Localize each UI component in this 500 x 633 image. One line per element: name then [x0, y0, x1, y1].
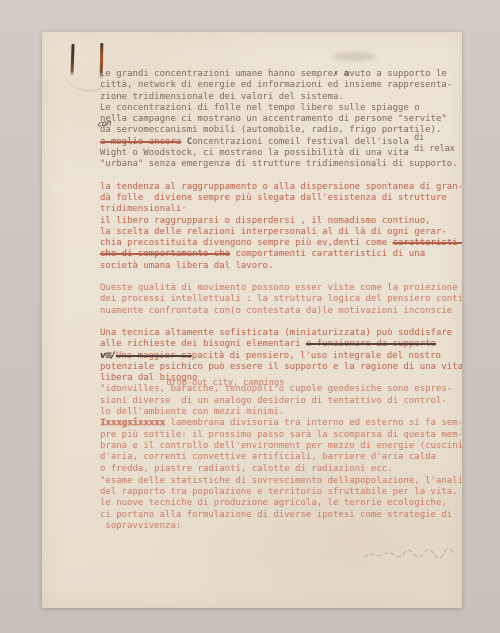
text-segment: comportamenti caratteristici di una: [230, 249, 425, 259]
text-segment: "esame delle statistiche di sovresciment…: [100, 476, 462, 486]
text-segment: o fredda, piastre radianti, calotte di r…: [100, 464, 393, 474]
text-line: nella campagne ci mostrano un accentrame…: [100, 114, 462, 125]
text-segment: di relax: [409, 144, 455, 154]
text-segment: dà folle diviene sempre più slegata dall…: [100, 193, 447, 203]
struck-through-text: e funzionare da supporto: [306, 339, 436, 349]
text-segment: "urbana" senza emergenza di strutture tr…: [100, 159, 458, 169]
text-line: sopravvivenza:: [100, 521, 462, 532]
text-segment: zione tridimensionale dei valori del sis…: [100, 92, 344, 102]
text-line: dà folle diviene sempre più slegata dall…: [100, 193, 462, 204]
text-segment: brana e il controllo dell'environment pe…: [100, 441, 462, 451]
text-line: drop-out city, campings"idonvilles, bara…: [100, 384, 462, 395]
text-segment: le nuove tecniche di produzione agricola…: [100, 498, 447, 508]
text-segment: alle richieste dei bisogni elementari: [100, 339, 306, 349]
handwritten-annotation: con: [97, 118, 112, 130]
text-line: la scelta delle relazioni interpersonali…: [100, 227, 462, 238]
struck-through-text: caratteristi-: [393, 238, 462, 248]
text-segment: lamembrana divisoria tra interno ed este…: [165, 418, 462, 428]
text-line: ci portano alla formulazione di diverse …: [100, 510, 462, 521]
text-line: d'aria, correnti convettive artificiali,…: [100, 452, 462, 463]
text-segment: Le concentrazioni di folle nel tempo lib…: [100, 103, 420, 113]
text-segment: la tendenza al raggruppamento o alla dis…: [100, 182, 462, 192]
text-line: città, network di energie ed informazion…: [100, 80, 462, 91]
text-line: società umana libera dal lavoro.: [100, 261, 462, 272]
text-segment: da servomeccanismi mobili (automobile, r…: [100, 125, 441, 135]
text-segment: oncentrazioni comeil festival dell'isola: [192, 137, 409, 147]
text-segment: città, network di energie ed informazion…: [100, 80, 452, 90]
struck-through-text: a meglio ancora: [100, 137, 181, 147]
text-line: conda servomeccanismi mobili (automobile…: [100, 125, 462, 136]
text-line: zione tridimensionale dei valori del sis…: [100, 92, 462, 103]
text-segment: nuamente confrontata con(o contestata da…: [100, 306, 452, 316]
text-line: v≡/ Una maggior capacità di pensiero, l'…: [100, 351, 462, 362]
text-segment: Queste qualità di movimento possono esse…: [100, 283, 458, 293]
text-segment: vuto a supporto le: [349, 69, 447, 79]
text-segment: sopravvivenza:: [100, 521, 181, 531]
text-line: sioni diverse di un analogo desiderio di…: [100, 396, 462, 407]
typed-insertion-above: drop-out city, campings: [167, 378, 285, 389]
text-segment: pacità di pensiero, l'uso integrale del …: [192, 351, 441, 361]
text-line: la tendenza al raggruppamento o alla dis…: [100, 182, 462, 193]
text-segment: società umana libera dal lavoro.: [100, 261, 273, 271]
text-segment: ✗ a: [333, 69, 349, 79]
text-segment: le grandi concentrazioni umane hanno sem…: [100, 69, 333, 79]
paper-sheet: le grandi concentrazioni umane hanno sem…: [42, 32, 462, 608]
text-line: lo dell'ambiente con mezzi minimi.: [100, 407, 462, 418]
text-line: Le concentrazioni di folle nel tempo lib…: [100, 103, 462, 114]
paragraph-2: la tendenza al raggruppamento o alla dis…: [100, 182, 462, 272]
text-line: le grandi concentrazioni umane hanno sem…: [100, 69, 462, 80]
text-line: Una tecnica altamente sofisticata (minia…: [100, 328, 462, 339]
text-segment: ci portano alla formulazione di diverse …: [100, 510, 452, 520]
text-line: le nuove tecniche di produzione agricola…: [100, 498, 462, 509]
pencil-squiggle: [362, 548, 462, 564]
text-segment: dei processi intellettuali : la struttur…: [100, 294, 462, 304]
text-line: il libero raggrupparsi o disperdersi , i…: [100, 216, 462, 227]
faint-smudge: [332, 52, 376, 61]
text-segment: Wight o Woodstock, ci mostrano la possib…: [100, 148, 409, 158]
text-line: brana e il controllo dell'environment pe…: [100, 441, 462, 452]
struck-through-text: che di comportamento che: [100, 249, 230, 259]
text-segment: Una tecnica altamente sofisticata (minia…: [100, 328, 452, 338]
text-segment: d'aria, correnti convettive artificiali,…: [100, 452, 436, 462]
text-segment: nella campagne ci mostrano un accentrame…: [100, 114, 447, 124]
text-segment: del rapporto tra popolazione e territori…: [100, 487, 458, 497]
paragraph-4: Una tecnica altamente sofisticata (minia…: [100, 328, 462, 384]
text-line: a meglio ancora Concentrazioni comeil fe…: [100, 137, 462, 148]
paragraph-1: le grandi concentrazioni umane hanno sem…: [100, 69, 462, 171]
text-line: "urbana" senza emergenza di strutture tr…: [100, 159, 462, 170]
paragraph-5: drop-out city, campings"idonvilles, bara…: [100, 384, 462, 474]
text-line: nuamente confrontata con(o contestata da…: [100, 306, 462, 317]
text-line: che di comportamento che comportamenti c…: [100, 249, 462, 260]
text-segment: sioni diverse di un analogo desiderio di…: [100, 396, 447, 406]
paragraph-3: Queste qualità di movimento possono esse…: [100, 283, 462, 317]
text-segment: di: [409, 133, 424, 143]
text-segment: potenziale psichico può essere il suppor…: [100, 362, 462, 372]
text-line: chia precostituita divengono sempre più …: [100, 238, 462, 249]
text-line: alle richieste dei bisogni elementari e …: [100, 339, 462, 350]
text-segment: Ixxxgxixxxxx: [100, 418, 165, 428]
text-line: del rapporto tra popolazione e territori…: [100, 487, 462, 498]
typewritten-text: le grandi concentrazioni umane hanno sem…: [100, 69, 462, 543]
text-line: potenziale psichico può essere il suppor…: [100, 362, 462, 373]
struck-through-text: Una maggior ca: [116, 351, 192, 361]
text-segment: pre più sottile: il prossimo passo sarà …: [100, 430, 462, 440]
text-line: dei processi intellettuali : la struttur…: [100, 294, 462, 305]
text-line: "esame delle statistiche di sovresciment…: [100, 476, 462, 487]
text-segment: la scelta delle relazioni interpersonali…: [100, 227, 447, 237]
text-segment: il libero raggrupparsi o disperdersi , i…: [100, 216, 431, 226]
text-line: Ixxxgxixxxxx lamembrana divisoria tra in…: [100, 418, 462, 429]
paragraph-6: "esame delle statistiche di sovresciment…: [100, 476, 462, 532]
text-segment: chia precostituita divengono sempre più …: [100, 238, 393, 248]
handwritten-annotation: v≡/: [100, 351, 116, 361]
text-line: o fredda, piastre radianti, calotte di r…: [100, 464, 462, 475]
text-segment: tridimensionali·: [100, 204, 187, 214]
text-line: tridimensionali·: [100, 204, 462, 215]
text-line: Wight o Woodstock, ci mostrano la possib…: [100, 148, 462, 159]
text-segment: lo dell'ambiente con mezzi minimi.: [100, 407, 284, 417]
text-line: pre più sottile: il prossimo passo sarà …: [100, 430, 462, 441]
text-line: Queste qualità di movimento possono esse…: [100, 283, 462, 294]
